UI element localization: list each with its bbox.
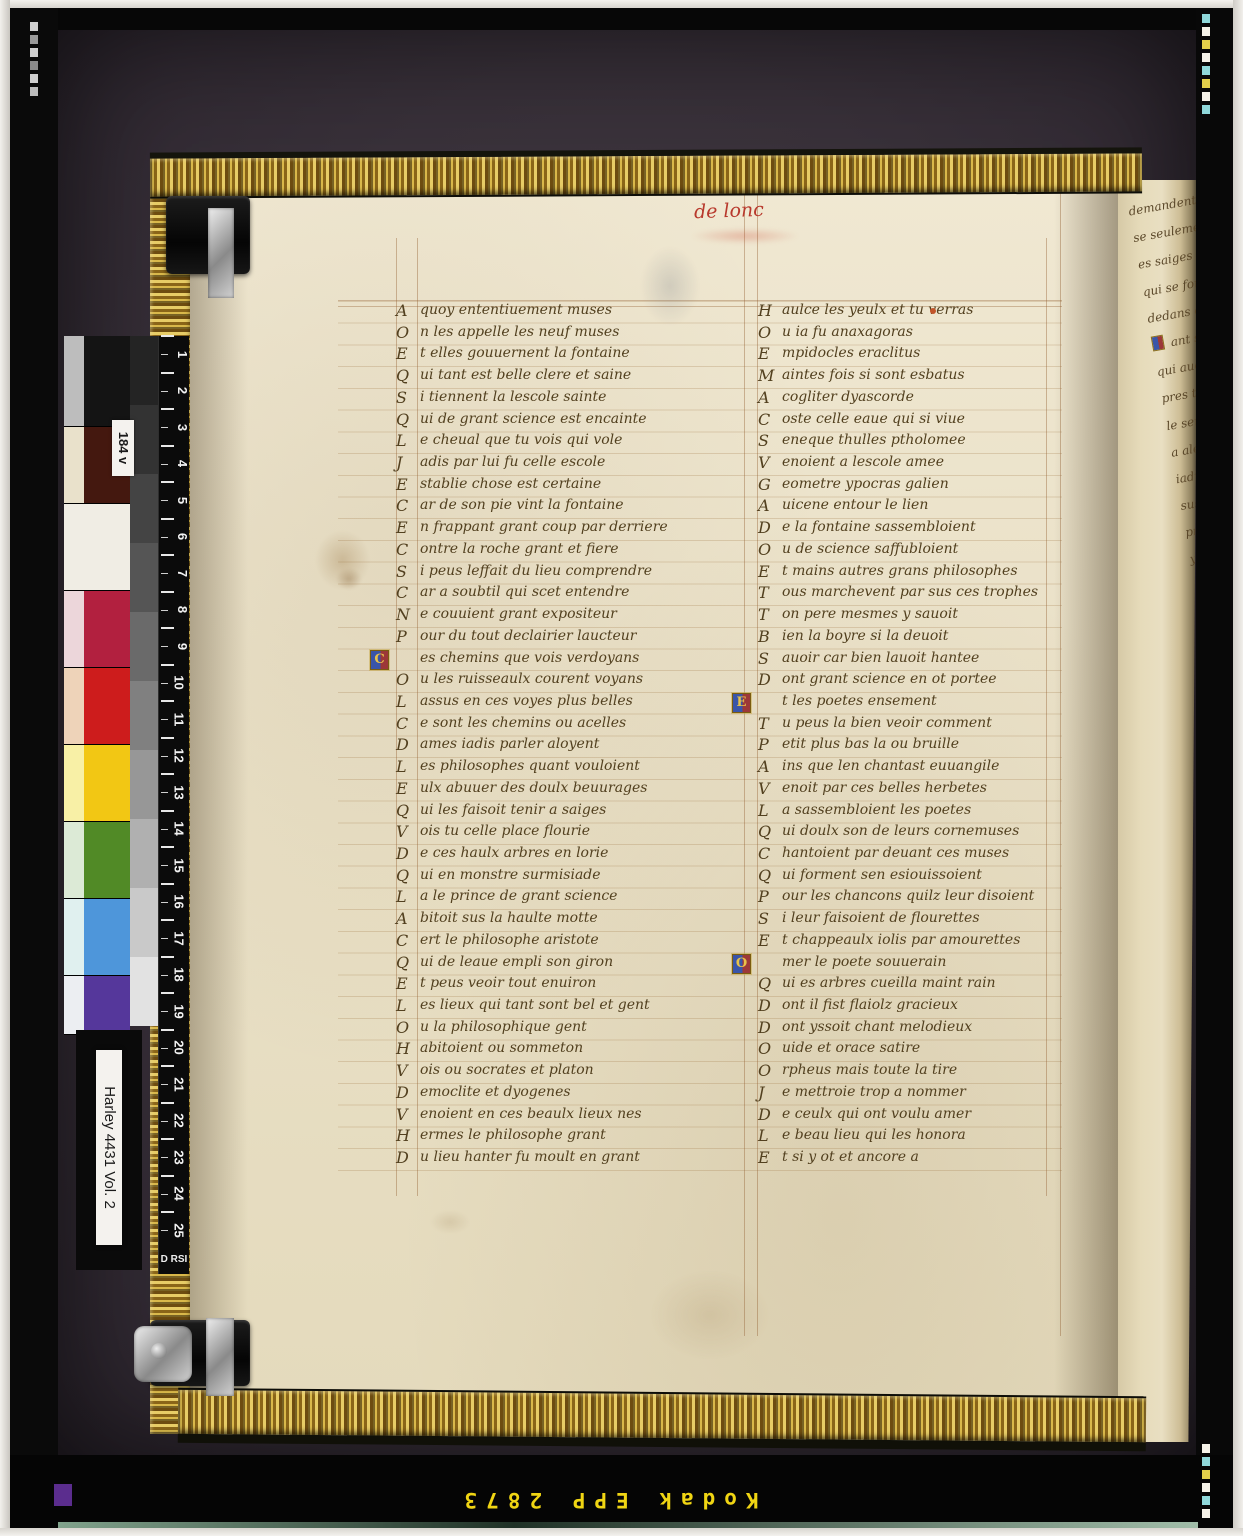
manuscript-line: De la fontaine sassembloient — [756, 517, 1086, 539]
text-column-2: Haulce les yeulx et tu verras Ou ia fu a… — [756, 300, 1086, 1169]
line-initial: E — [758, 343, 770, 365]
ruler-cell: 13 — [159, 774, 189, 811]
ruler-number: 2 — [175, 387, 190, 394]
manuscript-line: De ces haulx arbres en lorie — [394, 843, 724, 865]
line-text: mer le poete souuerain — [782, 954, 946, 970]
ruler-cell: 11 — [159, 701, 189, 738]
manuscript-line: Abitoit sus la haulte motte — [394, 908, 724, 930]
line-text: e ces haulx arbres en lorie — [420, 845, 608, 861]
film-edge-sheen — [58, 1522, 1198, 1528]
line-text: ois tu celle place flourie — [420, 823, 590, 839]
ruler-number: 4 — [175, 460, 190, 467]
line-text: t si y ot et ancore a — [782, 1149, 919, 1165]
line-initial: E — [396, 973, 408, 995]
line-text: hantoient par deuant ces muses — [782, 845, 1009, 861]
line-initial: Q — [396, 800, 409, 822]
manuscript-line: Venoit par ces belles herbetes — [756, 778, 1086, 800]
color-patch-tint — [64, 899, 84, 975]
manuscript-line: Si tiennent la lescole sainte — [394, 387, 724, 409]
line-text: ui forment sen esiouissoient — [782, 867, 982, 883]
line-initial: C — [396, 539, 408, 561]
manuscript-page: de lonc Aquoy ententiuement muses On les… — [190, 176, 1118, 1442]
line-initial: E — [396, 474, 408, 496]
line-initial: D — [396, 1147, 409, 1169]
line-text: u les ruisseaulx courent voyans — [420, 671, 643, 687]
color-patch-tint — [64, 427, 84, 503]
line-initial: V — [758, 778, 770, 800]
line-initial: E — [758, 561, 770, 583]
manuscript-line: Qui forment sen esiouissoient — [756, 865, 1086, 887]
manuscript-line: Pour du tout declairier laucteur — [394, 626, 724, 648]
color-patch-tint — [64, 976, 84, 1034]
manuscript-line: Cert le philosophe aristote — [394, 930, 724, 952]
manuscript-line: Et elles gouuernent la fontaine — [394, 343, 724, 365]
line-text: emoclite et dyogenes — [420, 1084, 571, 1100]
facing-page-edge: demandent que et se fu se seulement dess… — [1118, 180, 1198, 1442]
manuscript-line: Ou la philosophique gent — [394, 1017, 724, 1039]
line-initial: A — [758, 495, 770, 517]
manuscript-line: Petit plus bas la ou bruille — [756, 734, 1086, 756]
manuscript-line: Car de son pie vint la fontaine — [394, 495, 724, 517]
color-patch-main — [84, 591, 130, 667]
line-initial: Q — [758, 973, 771, 995]
line-initial: A — [396, 300, 408, 322]
ruler-cell: 8 — [159, 592, 189, 629]
line-text: e la fontaine sassembloient — [782, 519, 976, 535]
manuscript-line: Dont yssoit chant melodieux — [756, 1017, 1086, 1039]
line-text: ont il fist flaiolz gracieux — [782, 997, 958, 1013]
line-text: ont grant science en ot portee — [782, 671, 997, 687]
film-rebate-top — [10, 8, 1233, 30]
line-initial: D — [758, 517, 771, 539]
ruler-cell: 1 — [159, 336, 189, 373]
line-initial: Q — [758, 821, 771, 843]
line-text: es chemins que vois verdoyans — [420, 650, 639, 666]
color-patch-blue — [64, 899, 130, 976]
manuscript-line: Seneque thulles ptholomee — [756, 430, 1086, 452]
line-text: t les poetes ensement — [782, 693, 937, 709]
manuscript-line: Ne couuient grant expositeur — [394, 604, 724, 626]
line-initial: O — [758, 539, 771, 561]
manuscript-line: Si leur faisoient de flourettes — [756, 908, 1086, 930]
line-initial: S — [396, 561, 407, 583]
ruler-cell: 20 — [159, 1030, 189, 1067]
manuscript-line: La le prince de grant science — [394, 886, 724, 908]
line-text: uicene entour le lien — [782, 497, 928, 513]
ruler-end-label: D RSI — [159, 1249, 189, 1271]
manuscript-line: Haulce les yeulx et tu verras — [756, 300, 1086, 322]
line-initial: O — [732, 954, 751, 974]
manuscript-line: Chantoient par deuant ces muses — [756, 843, 1086, 865]
line-initial: G — [758, 474, 771, 496]
ruler-cell: 25 — [159, 1212, 189, 1249]
line-text: assus en ces voyes plus belles — [420, 693, 633, 709]
line-initial: O — [758, 1060, 771, 1082]
manuscript-line: En frappant grant coup par derriere — [394, 517, 724, 539]
ruler-cell: 9 — [159, 628, 189, 665]
color-patch-black — [64, 336, 130, 427]
color-patch-main — [84, 899, 130, 975]
line-text: rpheus mais toute la tire — [782, 1062, 957, 1078]
line-initial: L — [396, 886, 407, 908]
ruler-number: 6 — [175, 533, 190, 540]
line-text: etit plus bas la ou bruille — [782, 736, 959, 752]
line-text: ui les faisoit tenir a saiges — [420, 802, 606, 818]
ruler-number: 13 — [171, 785, 186, 799]
ruler-number: 25 — [171, 1223, 186, 1237]
line-initial: P — [396, 626, 407, 648]
line-text: stablie chose est certaine — [420, 476, 601, 492]
line-text: u lieu hanter fu moult en grant — [420, 1149, 640, 1165]
manuscript-line: Et peus veoir tout enuiron — [394, 973, 724, 995]
manuscript-line: Ou de science saffubloient — [756, 539, 1086, 561]
manuscript-line: Ton pere mesmes y sauoit — [756, 604, 1086, 626]
line-text: ui es arbres cueilla maint rain — [782, 975, 996, 991]
line-initial: L — [396, 430, 407, 452]
line-initial: Q — [396, 865, 409, 887]
manuscript-line: Ou ia fu anaxagoras — [756, 322, 1086, 344]
line-initial: L — [396, 756, 407, 778]
line-text: quoy ententiuement muses — [420, 302, 612, 318]
manuscript-line: Venoient a lescole amee — [756, 452, 1086, 474]
photo-border-left — [0, 0, 10, 1536]
color-patch-main — [84, 822, 130, 898]
manuscript-line: Orpheus mais toute la tire — [756, 1060, 1086, 1082]
line-initial: O — [396, 1017, 409, 1039]
line-text: i tiennent la lescole sainte — [420, 389, 606, 405]
ruler-number: 22 — [171, 1114, 186, 1128]
film-edge-mark — [54, 1484, 72, 1506]
ruler-number: 21 — [171, 1077, 186, 1091]
ruler-number: 18 — [171, 968, 186, 982]
line-initial: T — [758, 604, 769, 626]
manuscript-line: Qui doulx son de leurs cornemuses — [756, 821, 1086, 843]
ruler-number: 14 — [171, 822, 186, 836]
line-text: ui en monstre surmisiade — [420, 867, 601, 883]
line-initial: C — [396, 495, 408, 517]
line-initial: O — [758, 1038, 771, 1060]
line-initial: Q — [396, 409, 409, 431]
line-initial: S — [396, 387, 407, 409]
registration-marks-bottom-right — [1202, 1444, 1210, 1518]
line-text: t elles gouuernent la fontaine — [420, 345, 630, 361]
line-initial: V — [758, 452, 770, 474]
line-initial: D — [758, 1017, 771, 1039]
line-text: ous marchevent par sus ces trophes — [782, 584, 1038, 600]
manuscript-line: Coste celle eaue qui si viue — [756, 409, 1086, 431]
film-label: Kodak EPP 2873 — [372, 1482, 842, 1518]
line-initial: L — [396, 995, 407, 1017]
line-text: on pere mesmes y sauoit — [782, 606, 958, 622]
line-text: enoient en ces beaulx lieux nes — [420, 1106, 642, 1122]
ruler-number: 9 — [175, 643, 190, 650]
line-text: t chappeaulx iolis par amourettes — [782, 932, 1020, 948]
line-initial: E — [396, 517, 408, 539]
color-patch-white — [64, 504, 130, 591]
manuscript-line: Dames iadis parler aloyent — [394, 734, 724, 756]
manuscript-line: Les lieux qui tant sont bel et gent — [394, 995, 724, 1017]
line-text: eneque thulles ptholomee — [782, 432, 966, 448]
ruler-cell: 12 — [159, 738, 189, 775]
color-patch-main — [84, 504, 130, 590]
line-initial: T — [758, 582, 769, 604]
line-text: ins que len chantast euuangile — [782, 758, 999, 774]
line-text: e couuient grant expositeur — [420, 606, 617, 622]
photo-border-top — [0, 0, 1243, 8]
column-rule — [744, 186, 745, 1336]
parchment-stain — [650, 1270, 770, 1360]
parchment-stain — [336, 568, 362, 590]
ruler-cell: 5 — [159, 482, 189, 519]
line-initial: C — [370, 650, 389, 670]
line-text: u la philosophique gent — [420, 1019, 587, 1035]
line-initial: L — [758, 800, 769, 822]
color-patch-tint — [64, 668, 84, 744]
grayscale-wedge — [130, 336, 158, 1026]
film-rebate-right — [1196, 8, 1233, 1528]
line-text: ert le philosophe aristote — [420, 932, 599, 948]
manuscript-line: Empidocles eraclitus — [756, 343, 1086, 365]
parchment-stain — [430, 1210, 470, 1234]
line-initial: C — [758, 409, 770, 431]
film-rebate-left — [10, 8, 58, 1528]
ruler-number: 23 — [171, 1150, 186, 1164]
line-text: enoient a lescole amee — [782, 454, 944, 470]
color-patch-main — [84, 745, 130, 821]
line-initial: V — [396, 1060, 408, 1082]
line-text: t mains autres grans philosophes — [782, 563, 1018, 579]
manuscript-line: Venoient en ces beaulx lieux nes — [394, 1104, 724, 1126]
ruler-number: 16 — [171, 895, 186, 909]
color-patch-main — [84, 668, 130, 744]
line-text: u de science saffubloient — [782, 541, 958, 557]
line-initial: D — [758, 995, 771, 1017]
manuscript-line: Maintes fois si sont esbatus — [756, 365, 1086, 387]
line-initial: E — [732, 693, 751, 713]
manuscript-line: Ces chemins que vois verdoyans — [394, 648, 724, 670]
ruler-cell: 2 — [159, 373, 189, 410]
line-text: mpidocles eraclitus — [782, 345, 920, 361]
manuscript-line: Habitoient ou sommeton — [394, 1038, 724, 1060]
registration-marks-top-left — [30, 22, 38, 96]
ruler: 1 2 3 4 5 6 7 8 9 10 11 12 13 14 15 16 1… — [158, 336, 189, 1274]
line-text: e beau lieu qui les honora — [782, 1127, 966, 1143]
manuscript-line: Omer le poete souuerain — [756, 952, 1086, 974]
line-text: ar de son pie vint la fontaine — [420, 497, 624, 513]
line-text: oste celle eaue qui si viue — [782, 411, 965, 427]
line-initial: T — [758, 713, 769, 735]
ruler-cell: 7 — [159, 555, 189, 592]
ruler-cell: 17 — [159, 920, 189, 957]
red-speck — [930, 308, 936, 314]
ruler-number: 17 — [171, 931, 186, 945]
line-initial: E — [758, 1147, 770, 1169]
manuscript-line: Et mains autres grans philosophes — [756, 561, 1086, 583]
line-initial: A — [396, 908, 408, 930]
binding-gold-border-bottom — [178, 1388, 1146, 1451]
line-initial: O — [758, 322, 771, 344]
line-initial: D — [758, 669, 771, 691]
ruler-cell: 3 — [159, 409, 189, 446]
ruler-cell: 18 — [159, 957, 189, 994]
column-rule — [1060, 186, 1061, 1336]
line-text: bitoit sus la haulte motte — [420, 910, 598, 926]
manuscript-line: Le beau lieu qui les honora — [756, 1125, 1086, 1147]
rubric-heading: de lonc — [694, 199, 765, 223]
manuscript-line: Vois ou socrates et platon — [394, 1060, 724, 1082]
line-text: n frappant grant coup par derriere — [420, 519, 668, 535]
manuscript-line: Geometre ypocras galien — [756, 474, 1086, 496]
line-initial: L — [758, 1125, 769, 1147]
manuscript-line: Ains que len chantast euuangile — [756, 756, 1086, 778]
line-initial: E — [758, 930, 770, 952]
manuscript-line: Qui de grant science est encainte — [394, 409, 724, 431]
manuscript-line: Qui tant est belle clere et saine — [394, 365, 724, 387]
line-initial: V — [396, 1104, 408, 1126]
line-text: ar a soubtil qui scet entendre — [420, 584, 629, 600]
manuscript-line: Et les poetes ensement — [756, 691, 1086, 713]
manuscript-line: On les appelle les neuf muses — [394, 322, 724, 344]
line-text: i peus leffait du lieu comprendre — [420, 563, 652, 579]
rubric-showthrough — [690, 228, 800, 244]
line-text: ui tant est belle clere et saine — [420, 367, 631, 383]
ruler-number: 15 — [171, 858, 186, 872]
manuscript-line: Qui es arbres cueilla maint rain — [756, 973, 1086, 995]
line-initial: D — [758, 1104, 771, 1126]
color-patch-tint — [64, 504, 84, 590]
manuscript-line: De ceulx qui ont voulu amer — [756, 1104, 1086, 1126]
line-text: ulx abuuer des doulx beuurages — [420, 780, 647, 796]
manuscript-line: Lassus en ces voyes plus belles — [394, 691, 724, 713]
ruler-number: 20 — [171, 1041, 186, 1055]
line-text: our les chancons quilz leur disoient — [782, 888, 1034, 904]
ruler-cell: 6 — [159, 519, 189, 556]
line-text: auoir car bien lauoit hantee — [782, 650, 979, 666]
manuscript-line: Ou les ruisseaulx courent voyans — [394, 669, 724, 691]
manuscript-line: Car a soubtil qui scet entendre — [394, 582, 724, 604]
line-initial: S — [758, 648, 769, 670]
binding-gold-border-top — [150, 147, 1142, 198]
line-text: t peus veoir tout enuiron — [420, 975, 596, 991]
manuscript-line: Les philosophes quant vouloient — [394, 756, 724, 778]
manuscript-line: Le cheual que tu vois qui vole — [394, 430, 724, 452]
color-patch-tint — [64, 591, 84, 667]
line-initial: D — [396, 734, 409, 756]
line-initial: B — [758, 626, 770, 648]
line-initial: C — [396, 713, 408, 735]
page-clip-bottom-plate — [206, 1318, 234, 1396]
line-text: adis par lui fu celle escole — [420, 454, 605, 470]
line-initial: P — [758, 886, 769, 908]
line-text: e ceulx qui ont voulu amer — [782, 1106, 971, 1122]
line-text: our du tout declairier laucteur — [420, 628, 636, 644]
color-patch-green — [64, 822, 130, 899]
color-patch-yellow — [64, 745, 130, 822]
line-text: uide et orace satire — [782, 1040, 920, 1056]
line-text: ui de leaue empli son giron — [420, 954, 613, 970]
line-initial: O — [396, 669, 409, 691]
line-text: ont yssoit chant melodieux — [782, 1019, 972, 1035]
line-initial: H — [396, 1125, 410, 1147]
manuscript-line: Dont il fist flaiolz gracieux — [756, 995, 1086, 1017]
page-clip-bottom-clamp — [134, 1326, 192, 1382]
line-initial: J — [396, 452, 402, 474]
line-text: ien la boyre si la deuoit — [782, 628, 948, 644]
manuscript-line: Hermes le philosophe grant — [394, 1125, 724, 1147]
manuscript-line: Eulx abuuer des doulx beuurages — [394, 778, 724, 800]
manuscript-line: Contre la roche grant et fiere — [394, 539, 724, 561]
line-text: eometre ypocras galien — [782, 476, 949, 492]
manuscript-line: Aquoy ententiuement muses — [394, 300, 724, 322]
ruler-cells: 1 2 3 4 5 6 7 8 9 10 11 12 13 14 15 16 1… — [159, 336, 189, 1249]
line-initial: N — [396, 604, 410, 626]
line-initial: C — [396, 930, 408, 952]
line-initial: H — [396, 1038, 410, 1060]
ruler-cell: 16 — [159, 884, 189, 921]
ruler-cell: 21 — [159, 1066, 189, 1103]
color-patch-tint — [64, 745, 84, 821]
line-text: e sont les chemins ou acelles — [420, 715, 626, 731]
manuscript-line: Acogliter dyascorde — [756, 387, 1086, 409]
line-text: u peus la bien veoir comment — [782, 715, 992, 731]
line-initial: Q — [396, 952, 409, 974]
line-text: cogliter dyascorde — [782, 389, 914, 405]
line-text: abitoient ou sommeton — [420, 1040, 583, 1056]
registration-marks-top-right — [1202, 14, 1210, 114]
photo-border-bottom — [0, 1528, 1243, 1536]
manuscript-line: Auicene entour le lien — [756, 495, 1086, 517]
ruler-cell: 10 — [159, 665, 189, 702]
line-initial: C — [758, 843, 770, 865]
line-initial: C — [396, 582, 408, 604]
color-patch-crimson — [64, 591, 130, 668]
facing-page-text: demandent que et se fu se seulement dess… — [1126, 180, 1198, 1109]
folio-label: 184 v — [112, 420, 134, 476]
color-patch-main — [84, 976, 130, 1034]
line-text: ames iadis parler aloyent — [420, 736, 599, 752]
ruler-cell: 19 — [159, 993, 189, 1030]
ruler-cell: 4 — [159, 446, 189, 483]
line-text: i leur faisoient de flourettes — [782, 910, 980, 926]
line-initial: Q — [396, 365, 409, 387]
line-text: a sassembloient les poetes — [782, 802, 971, 818]
manuscript-line: Jadis par lui fu celle escole — [394, 452, 724, 474]
color-patch-tint — [64, 822, 84, 898]
line-initial: J — [758, 1082, 764, 1104]
line-text: ermes le philosophe grant — [420, 1127, 606, 1143]
manuscript-line: Qui en monstre surmisiade — [394, 865, 724, 887]
manuscript-line: Bien la boyre si la deuoit — [756, 626, 1086, 648]
color-patch-main — [84, 336, 130, 426]
line-initial: P — [758, 734, 769, 756]
ruler-number: 10 — [171, 676, 186, 690]
line-text: aulce les yeulx et tu verras — [782, 302, 973, 318]
manuscript-line: Vois tu celle place flourie — [394, 821, 724, 843]
manuscript-line: Je mettroie trop a nommer — [756, 1082, 1086, 1104]
ruler-cell: 22 — [159, 1103, 189, 1140]
manuscript-line: Si peus leffait du lieu comprendre — [394, 561, 724, 583]
manuscript-line: La sassembloient les poetes — [756, 800, 1086, 822]
line-initial: A — [758, 387, 770, 409]
ruler-number: 7 — [175, 570, 190, 577]
line-initial: M — [758, 365, 774, 387]
line-text: n les appelle les neuf muses — [420, 324, 619, 340]
manuscript-line: Et chappeaulx iolis par amourettes — [756, 930, 1086, 952]
ruler-cell: 24 — [159, 1176, 189, 1213]
manuscript-line: Qui les faisoit tenir a saiges — [394, 800, 724, 822]
line-text: es lieux qui tant sont bel et gent — [420, 997, 650, 1013]
line-initial: O — [396, 322, 409, 344]
